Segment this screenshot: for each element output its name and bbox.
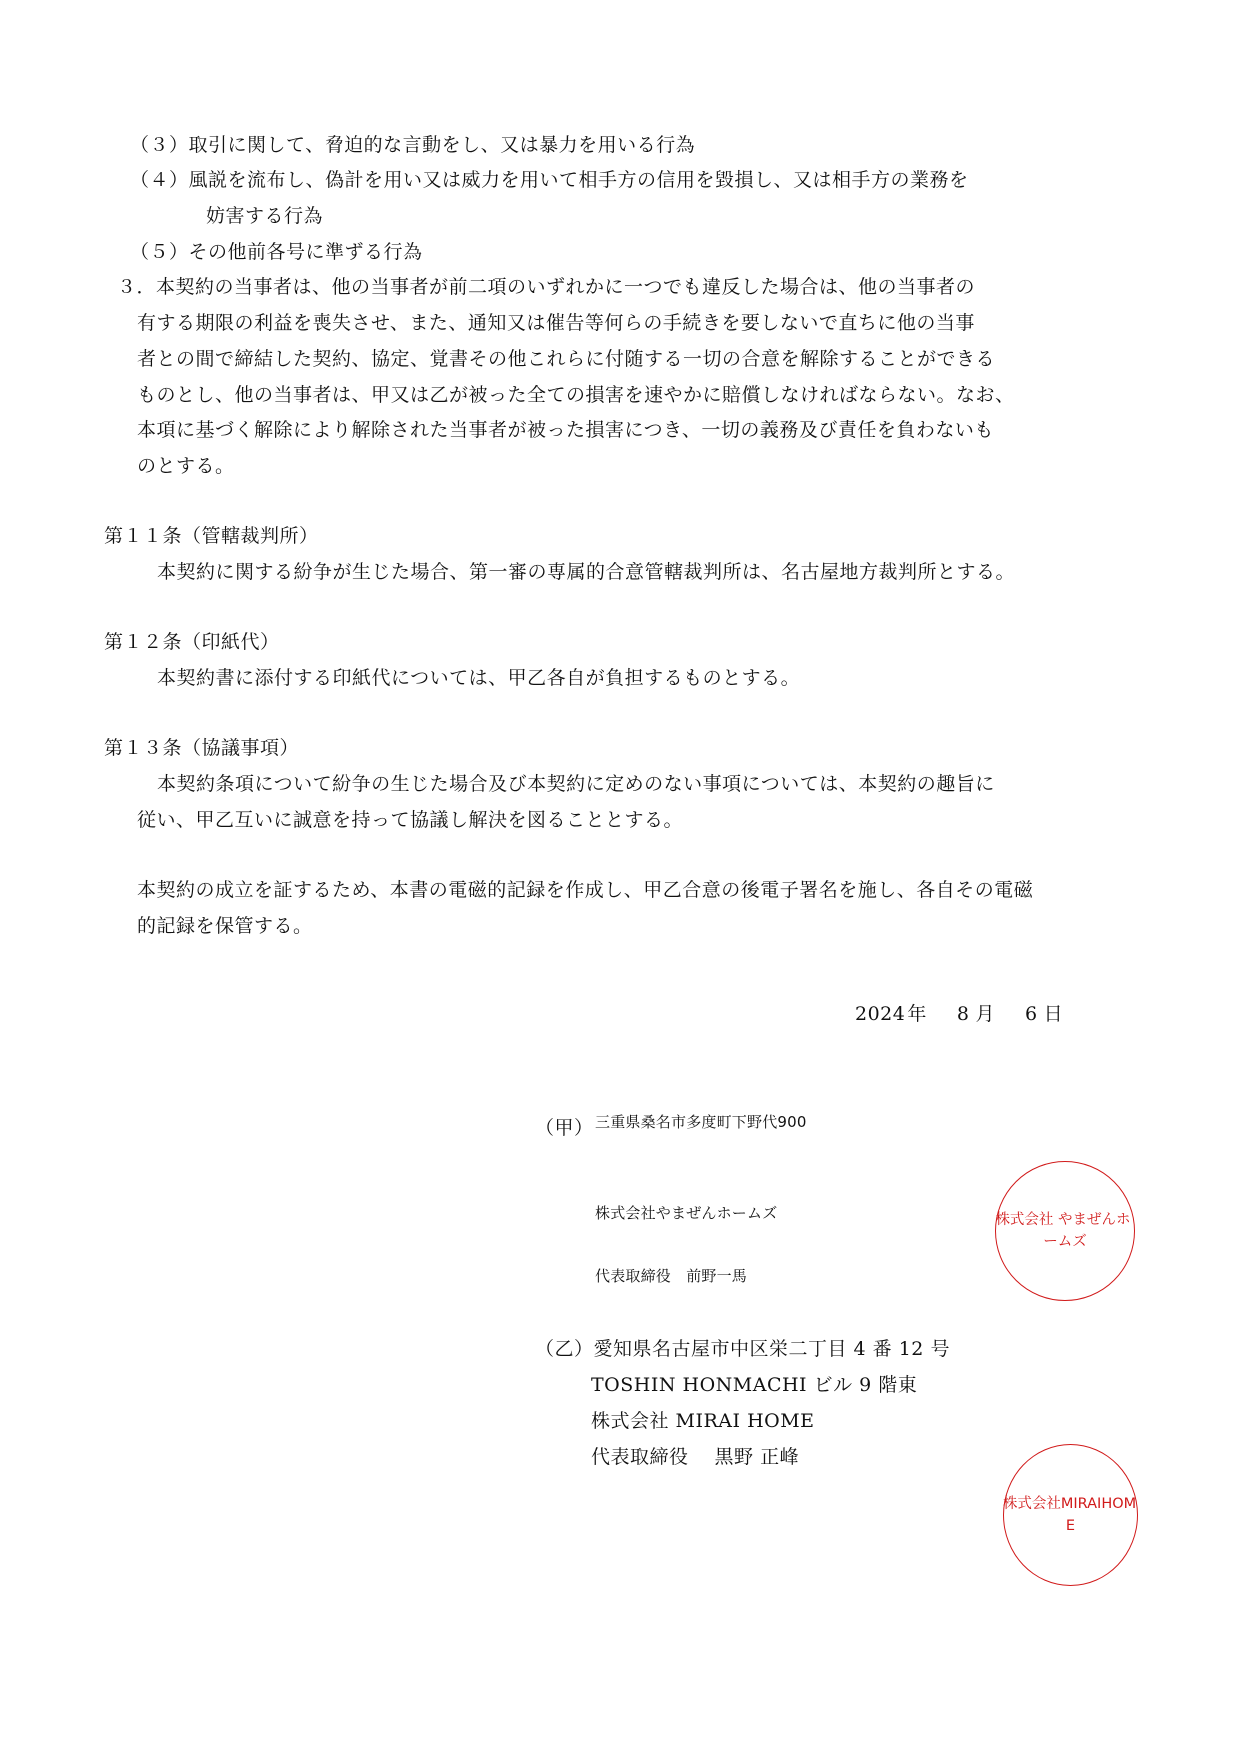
para3-line-1: ３．本契約の当事者は、他の当事者が前二項のいずれかに一つでも違反した場合は、他の…: [117, 275, 975, 299]
party-a-representative: 代表取締役 前野一馬: [595, 1264, 747, 1288]
party-a-seal-stamp: 株式会社 やまぜんホ ームズ: [995, 1161, 1135, 1301]
party-b-seal-stamp: 株式会社MIRAIHOM E: [1003, 1444, 1138, 1586]
article-11-body: 本契約に関する紛争が生じた場合、第一審の専属的合意管轄裁判所は、名古屋地方裁判所…: [157, 560, 1015, 584]
item-4-continuation: 妨害する行為: [206, 204, 323, 228]
item-4: （４）風説を流布し、偽計を用い又は威力を用いて相手方の信用を毀損し、又は相手方の…: [130, 168, 969, 192]
para3-number: ３．: [117, 276, 156, 298]
article-12-body: 本契約書に添付する印紙代については、甲乙各自が負担するものとする。: [157, 666, 800, 690]
closing-line-2: 的記録を保管する。: [137, 914, 313, 938]
item-label: （４）: [130, 169, 189, 191]
para3-line-6: のとする。: [137, 454, 235, 478]
date-day: 6: [1025, 1002, 1038, 1026]
party-b-address: 愛知県名古屋市中区栄二丁目 4 番 12 号: [594, 1338, 950, 1360]
article-11-heading: 第１１条（管轄裁判所）: [104, 524, 319, 548]
item-5: （５）その他前各号に準ずる行為: [130, 240, 423, 264]
party-b-label: （乙）: [535, 1338, 594, 1360]
article-12-heading: 第１２条（印紙代）: [104, 630, 280, 654]
item-text: 風説を流布し、偽計を用い又は威力を用いて相手方の信用を毀損し、又は相手方の業務を: [189, 169, 969, 191]
article-13-heading: 第１３条（協議事項）: [104, 736, 299, 760]
para3-line-3: 者との間で締結した契約、協定、覚書その他これらに付随する一切の合意を解除すること…: [137, 347, 995, 371]
contract-date: 2024年8月6日: [855, 1002, 1063, 1026]
item-label: （３）: [130, 134, 189, 156]
closing-line-1: 本契約の成立を証するため、本書の電磁的記録を作成し、甲乙合意の後電子署名を施し、…: [137, 878, 1033, 902]
party-b-address-line: （乙）愛知県名古屋市中区栄二丁目 4 番 12 号: [535, 1337, 950, 1361]
party-a-label: （甲）: [535, 1116, 594, 1140]
item-label: （５）: [130, 241, 189, 263]
item-text: その他前各号に準ずる行為: [189, 241, 423, 263]
para3-line-5: 本項に基づく解除により解除された当事者が被った損害につき、一切の義務及び責任を負…: [137, 418, 994, 442]
item-text: 取引に関して、脅迫的な言動をし、又は暴力を用いる行為: [189, 134, 696, 156]
party-b-building: TOSHIN HONMACHI ビル 9 階東: [591, 1373, 917, 1397]
party-b-company: 株式会社 MIRAI HOME: [591, 1409, 815, 1433]
date-month: 8: [957, 1002, 970, 1026]
para3-line-2: 有する期限の利益を喪失させ、また、通知又は催告等何らの手続きを要しないで直ちに他…: [137, 311, 975, 335]
party-b-representative: 代表取締役 黒野 正峰: [591, 1445, 799, 1469]
contract-page: （３）取引に関して、脅迫的な言動をし、又は暴力を用いる行為 （４）風説を流布し、…: [0, 0, 1241, 1755]
para3-line-4: ものとし、他の当事者は、甲又は乙が被った全ての損害を速やかに賠償しなければならな…: [137, 383, 1015, 407]
item-3: （３）取引に関して、脅迫的な言動をし、又は暴力を用いる行為: [130, 133, 695, 157]
article-13-body-1: 本契約条項について紛争の生じた場合及び本契約に定めのない事項については、本契約の…: [157, 772, 995, 796]
party-a-address: 三重県桑名市多度町下野代900: [595, 1110, 807, 1134]
party-a-company: 株式会社やまぜんホームズ: [595, 1201, 777, 1225]
date-year: 2024: [855, 1002, 905, 1026]
article-13-body-2: 従い、甲乙互いに誠意を持って協議し解決を図ることとする。: [137, 808, 683, 832]
